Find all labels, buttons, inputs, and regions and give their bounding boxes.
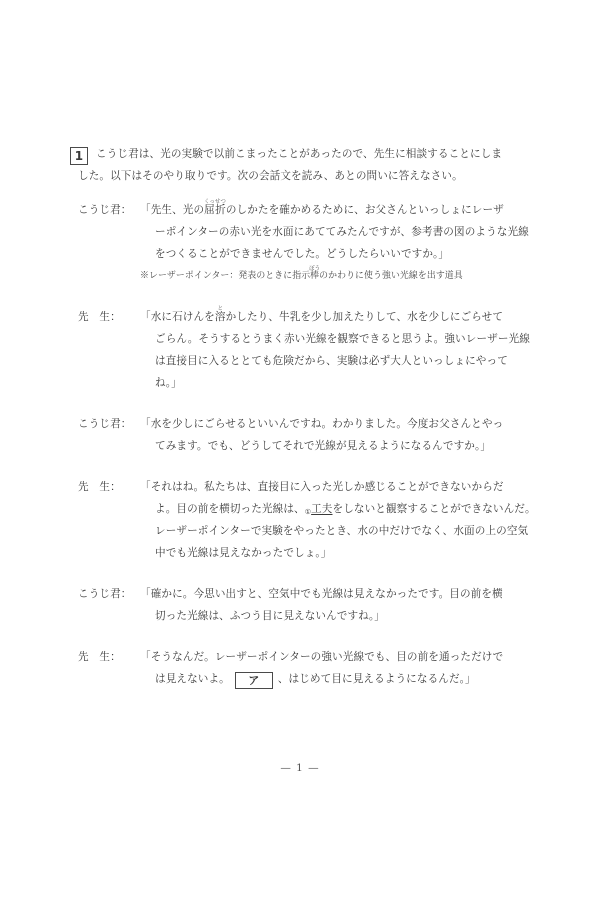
dialogue-block: こうじ君：「確かに。今思い出すと、空気中でも光線は見えなかったです。目の前を横切… bbox=[78, 583, 548, 627]
dialogue-block: こうじ君：「先生、光の屈折くっせつのしかたを確かめるために、お父さんといっしょに… bbox=[78, 199, 548, 287]
furigana-term: 屈折くっせつ bbox=[204, 204, 226, 216]
dialogue-cont-line: よ。目の前を横切った光線は、①工夫をしないと観察することができないんだ。 bbox=[155, 498, 548, 520]
dialogue-first-line: 先 生：「それはね。私たちは、直接目に入った光しか感じることができないからだ bbox=[78, 476, 548, 498]
dialogue-first-line: こうじ君：「水を少しにごらせるといいんですね。わかりました。今度お父さんとやっ bbox=[78, 413, 548, 435]
text-run: ごらん。そうするとうまく赤い光線を観察できると思うよ。強いレーザー光線 bbox=[155, 333, 530, 345]
speaker-label: こうじ君： bbox=[78, 199, 140, 221]
dialogue-cont-line: ね。」 bbox=[155, 372, 548, 394]
speaker-label: 先 生： bbox=[78, 646, 140, 668]
text-run: ※レーザーポインター：発表のときに指示 bbox=[140, 271, 310, 281]
text-run: かしたり、牛乳を少し加えたりして、水を少しにごらせて bbox=[226, 311, 504, 323]
dialogue-block: 先 生：「それはね。私たちは、直接目に入った光しか感じることができないからだよ。… bbox=[78, 476, 548, 564]
text-run: は直接目に入るととても危険だから、実験は必ず大人といっしょにやって bbox=[155, 355, 508, 367]
speaker-label: 先 生： bbox=[78, 476, 140, 498]
ruby-furigana: ぼう bbox=[309, 266, 320, 272]
dialogue-cont-line: は見えないよ。ア、はじめて目に見えるようになるんだ。」 bbox=[155, 668, 548, 690]
dialogue-block: 先 生：「そうなんだ。レーザーポインターの強い光線でも、目の前を通っただけでは見… bbox=[78, 646, 548, 690]
speaker-label: 先 生： bbox=[78, 306, 140, 328]
speaker-label: こうじ君： bbox=[78, 583, 140, 605]
dialogue-block: こうじ君：「水を少しにごらせるといいんですね。わかりました。今度お父さんとやって… bbox=[78, 413, 548, 457]
text-run: 「それはね。私たちは、直接目に入った光しか感じることができないからだ bbox=[140, 481, 504, 493]
dialogue-cont-line: てみます。でも、どうしてそれで光線が見えるようになるんですか。」 bbox=[155, 435, 548, 457]
dialogue-cont-line: をつくることができませんでした。どうしたらいいですか。」 bbox=[155, 243, 548, 265]
text-run: 「水を少しにごらせるといいんですね。わかりました。今度お父さんとやっ bbox=[140, 418, 503, 430]
ruby-furigana: くっせつ bbox=[204, 199, 226, 205]
text-run: 中でも光線は見えなかったでしょ。」 bbox=[155, 547, 332, 559]
text-run: 、はじめて目に見えるようになるんだ。」 bbox=[278, 673, 476, 685]
underlined-term: 工夫 bbox=[311, 503, 332, 515]
page-content: 1こうじ君は、光の実験で以前こまったことがあったので、先生に相談することにしま … bbox=[78, 143, 548, 690]
text-run: 「そうなんだ。レーザーポインターの強い光線でも、目の前を通っただけで bbox=[140, 651, 503, 663]
question-number-box: 1 bbox=[70, 147, 88, 165]
ruby-furigana: と bbox=[215, 306, 226, 312]
text-run: は見えないよ。 bbox=[155, 673, 230, 685]
text-run: のかわりに使う強い光線を出す道具 bbox=[319, 271, 463, 281]
text-run: 「確かに。今思い出すと、空気中でも光線は見えなかったです。目の前を横 bbox=[140, 588, 503, 600]
dialogue-cont-line: は直接目に入るととても危険だから、実験は必ず大人といっしょにやって bbox=[155, 350, 548, 372]
text-run: ーポインターの赤い光を水面にあててみたんですが、参考書の図のような光線 bbox=[155, 226, 529, 238]
text-run: 「先生、光の bbox=[140, 204, 204, 216]
dialogue-first-line: 先 生：「水に石けんを溶とかしたり、牛乳を少し加えたりして、水を少しにごらせて bbox=[78, 306, 548, 328]
dialogue-cont-line: 中でも光線は見えなかったでしょ。」 bbox=[155, 542, 548, 564]
dialogue-first-line: 先 生：「そうなんだ。レーザーポインターの強い光線でも、目の前を通っただけで bbox=[78, 646, 548, 668]
dialogue-cont-line: レーザーポインターで実験をやったとき、水の中だけでなく、水面の上の空気 bbox=[155, 520, 548, 542]
dialogue-list: こうじ君：「先生、光の屈折くっせつのしかたを確かめるために、お父さんといっしょに… bbox=[78, 199, 548, 690]
question-intro: 1こうじ君は、光の実験で以前こまったことがあったので、先生に相談することにしま … bbox=[78, 143, 548, 187]
dialogue-cont-line: 切った光線は、ふつう目に見えないんですね。」 bbox=[155, 605, 548, 627]
dialogue-first-line: こうじ君：「確かに。今思い出すと、空気中でも光線は見えなかったです。目の前を横 bbox=[78, 583, 548, 605]
intro-text-2: した。以下はそのやり取りです。次の会話文を読み、あとの問いに答えなさい。 bbox=[78, 170, 463, 182]
text-run: よ。目の前を横切った光線は、 bbox=[155, 503, 305, 515]
text-run: ね。」 bbox=[155, 377, 182, 389]
dialogue-block: 先 生：「水に石けんを溶とかしたり、牛乳を少し加えたりして、水を少しにごらせてご… bbox=[78, 306, 548, 394]
intro-line-2: した。以下はそのやり取りです。次の会話文を読み、あとの問いに答えなさい。 bbox=[78, 165, 548, 187]
furigana-term: 溶と bbox=[215, 311, 226, 323]
dialogue-first-line: こうじ君：「先生、光の屈折くっせつのしかたを確かめるために、お父さんといっしょに… bbox=[78, 199, 548, 221]
text-run: 「水に石けんを bbox=[140, 311, 215, 323]
answer-box: ア bbox=[235, 672, 273, 689]
speaker-label: こうじ君： bbox=[78, 413, 140, 435]
text-run: てみます。でも、どうしてそれで光線が見えるようになるんですか。」 bbox=[155, 440, 491, 452]
dialogue-cont-line: ごらん。そうするとうまく赤い光線を観察できると思うよ。強いレーザー光線 bbox=[155, 328, 548, 350]
page-number: — 1 — bbox=[0, 762, 600, 774]
text-run: レーザーポインターで実験をやったとき、水の中だけでなく、水面の上の空気 bbox=[155, 525, 528, 537]
text-run: をしないと観察することができないんだ。 bbox=[333, 503, 536, 515]
intro-text-1: こうじ君は、光の実験で以前こまったことがあったので、先生に相談することにしま bbox=[96, 148, 502, 160]
footnote-line: ※レーザーポインター：発表のときに指示棒ぼうのかわりに使う強い光線を出す道具 bbox=[140, 265, 548, 287]
text-run: のしかたを確かめるために、お父さんといっしょにレーザ bbox=[226, 204, 504, 216]
intro-line-1: 1こうじ君は、光の実験で以前こまったことがあったので、先生に相談することにしま bbox=[78, 143, 548, 165]
furigana-term: 棒ぼう bbox=[310, 271, 319, 281]
text-run: をつくることができませんでした。どうしたらいいですか。」 bbox=[155, 248, 449, 260]
ruby-base: 屈折 bbox=[204, 204, 226, 216]
exam-page: 1こうじ君は、光の実験で以前こまったことがあったので、先生に相談することにしま … bbox=[0, 0, 600, 900]
ruby-base: 溶 bbox=[215, 311, 226, 323]
dialogue-cont-line: ーポインターの赤い光を水面にあててみたんですが、参考書の図のような光線 bbox=[155, 221, 548, 243]
text-run: 切った光線は、ふつう目に見えないんですね。」 bbox=[155, 610, 385, 622]
